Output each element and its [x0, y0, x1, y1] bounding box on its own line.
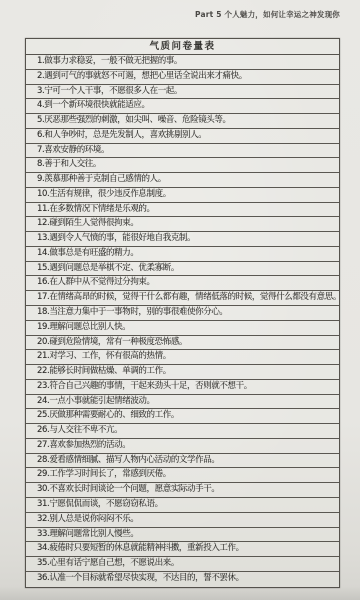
questionnaire-item: 4.到一个新环境很快就能适应。: [26, 99, 339, 114]
questionnaire-item: 23.符合自己兴趣的事情，干起来劲头十足，否则就不想干。: [26, 380, 339, 395]
questionnaire-item: 24.一点小事就能引起情绪波动。: [26, 395, 339, 410]
questionnaire-item: 28.爱看感情细腻、描写人物内心活动的文学作品。: [26, 454, 339, 469]
questionnaire-item: 33.理解问题常比别人慢些。: [26, 528, 339, 543]
questionnaire-item: 19.理解问题总比别人快。: [26, 321, 339, 336]
questionnaire-item: 11.在多数情况下情绪是乐观的。: [26, 203, 339, 218]
questionnaire-item: 18.当注意力集中于一事物时，别的事很难使你分心。: [26, 306, 339, 321]
table-title: 气质问卷量表: [26, 39, 339, 55]
questionnaire-item: 2.遇到可气的事就怒不可遏，想把心里话全说出来才痛快。: [26, 70, 339, 85]
questionnaire-item: 30.不喜欢长时间谈论一个问题，愿意实际动手干。: [26, 483, 339, 498]
questionnaire-item: 10.生活有规律，很少违反作息制度。: [26, 188, 339, 203]
questionnaire-item: 13.遇到令人气愤的事，能很好地自我克制。: [26, 232, 339, 247]
scanned-book-page: Part 5 个人魅力，如何让幸运之神发现你 气质问卷量表 1.做事力求稳妥，一…: [0, 0, 360, 600]
questionnaire-item: 21.对学习、工作，怀有很高的热情。: [26, 350, 339, 365]
questionnaire-item: 9.羡慕那种善于克制自己感情的人。: [26, 173, 339, 188]
running-head: Part 5 个人魅力，如何让幸运之神发现你: [195, 9, 340, 20]
questionnaire-item: 29.工作学习时间长了，常感到厌倦。: [26, 468, 339, 483]
questionnaire-item: 3.宁可一个人干事，不愿很多人在一起。: [26, 85, 339, 100]
questionnaire-item: 25.厌做那种需要耐心的、细致的工作。: [26, 409, 339, 424]
questionnaire-item: 1.做事力求稳妥，一般不做无把握的事。: [26, 55, 339, 70]
questionnaire-item: 32.别人总是说你闷闷不乐。: [26, 513, 339, 528]
questionnaire-item: 27.喜欢参加热烈的活动。: [26, 439, 339, 454]
questionnaire-item: 26.与人交往不卑不亢。: [26, 424, 339, 439]
questionnaire-item: 5.厌恶那些强烈的刺激，如尖叫、噪音、危险镜头等。: [26, 114, 339, 129]
questionnaire-item: 7.喜欢安静的环境。: [26, 144, 339, 159]
questionnaire-item: 31.宁愿侃侃而谈，不愿窃窃私语。: [26, 498, 339, 513]
questionnaire-rows: 1.做事力求稳妥，一般不做无把握的事。2.遇到可气的事就怒不可遏，想把心里话全说…: [26, 55, 339, 587]
questionnaire-item: 6.和人争吵时，总是先发制人，喜欢挑剔别人。: [26, 129, 339, 144]
questionnaire-item: 15.遇到问题总是举棋不定、优柔寡断。: [26, 262, 339, 277]
questionnaire-item: 14.做事总是有旺盛的精力。: [26, 247, 339, 262]
questionnaire-item: 34.疲倦时只要短暂的休息就能精神抖擞，重新投入工作。: [26, 542, 339, 557]
questionnaire-item: 22.能够长时间做枯燥、单调的工作。: [26, 365, 339, 380]
questionnaire-table: 气质问卷量表 1.做事力求稳妥，一般不做无把握的事。2.遇到可气的事就怒不可遏，…: [25, 38, 340, 588]
questionnaire-item: 12.碰到陌生人觉得很拘束。: [26, 217, 339, 232]
questionnaire-item: 20.碰到危险情境，常有一种极度恐怖感。: [26, 336, 339, 351]
questionnaire-item: 35.心里有话宁愿自己想，不愿说出来。: [26, 557, 339, 572]
questionnaire-item: 17.在情绪高昂的时候，觉得干什么都有趣，情绪低落的时候，觉得什么都没有意思。: [26, 291, 339, 306]
questionnaire-item: 16.在人群中从不觉得过分拘束。: [26, 276, 339, 291]
questionnaire-item: 8.善于和人交往。: [26, 158, 339, 173]
questionnaire-item: 36.认准一个目标就希望尽快实现，不达目的，誓不罢休。: [26, 572, 339, 587]
